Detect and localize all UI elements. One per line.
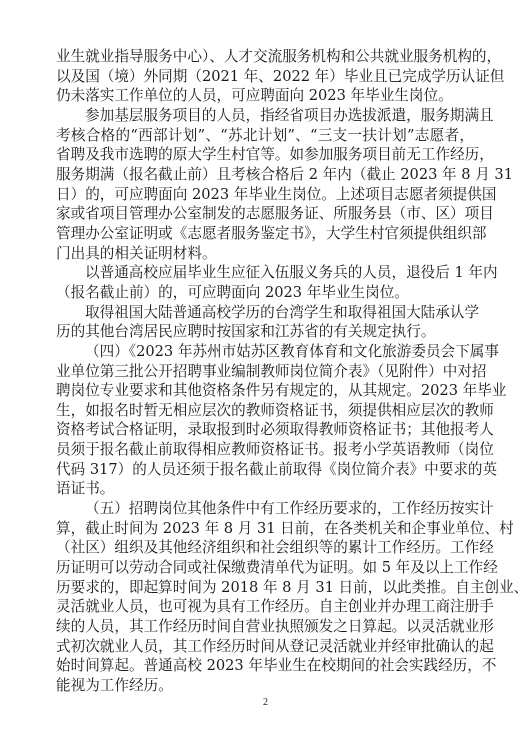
page-number: 2 [0,697,531,708]
text-line: 能视为工作经历。 [56,675,474,697]
document-page: 业生就业指导服务中心）、人才交流服务机构和公共就业服务机构的，以及国（境）外同期… [0,0,531,752]
